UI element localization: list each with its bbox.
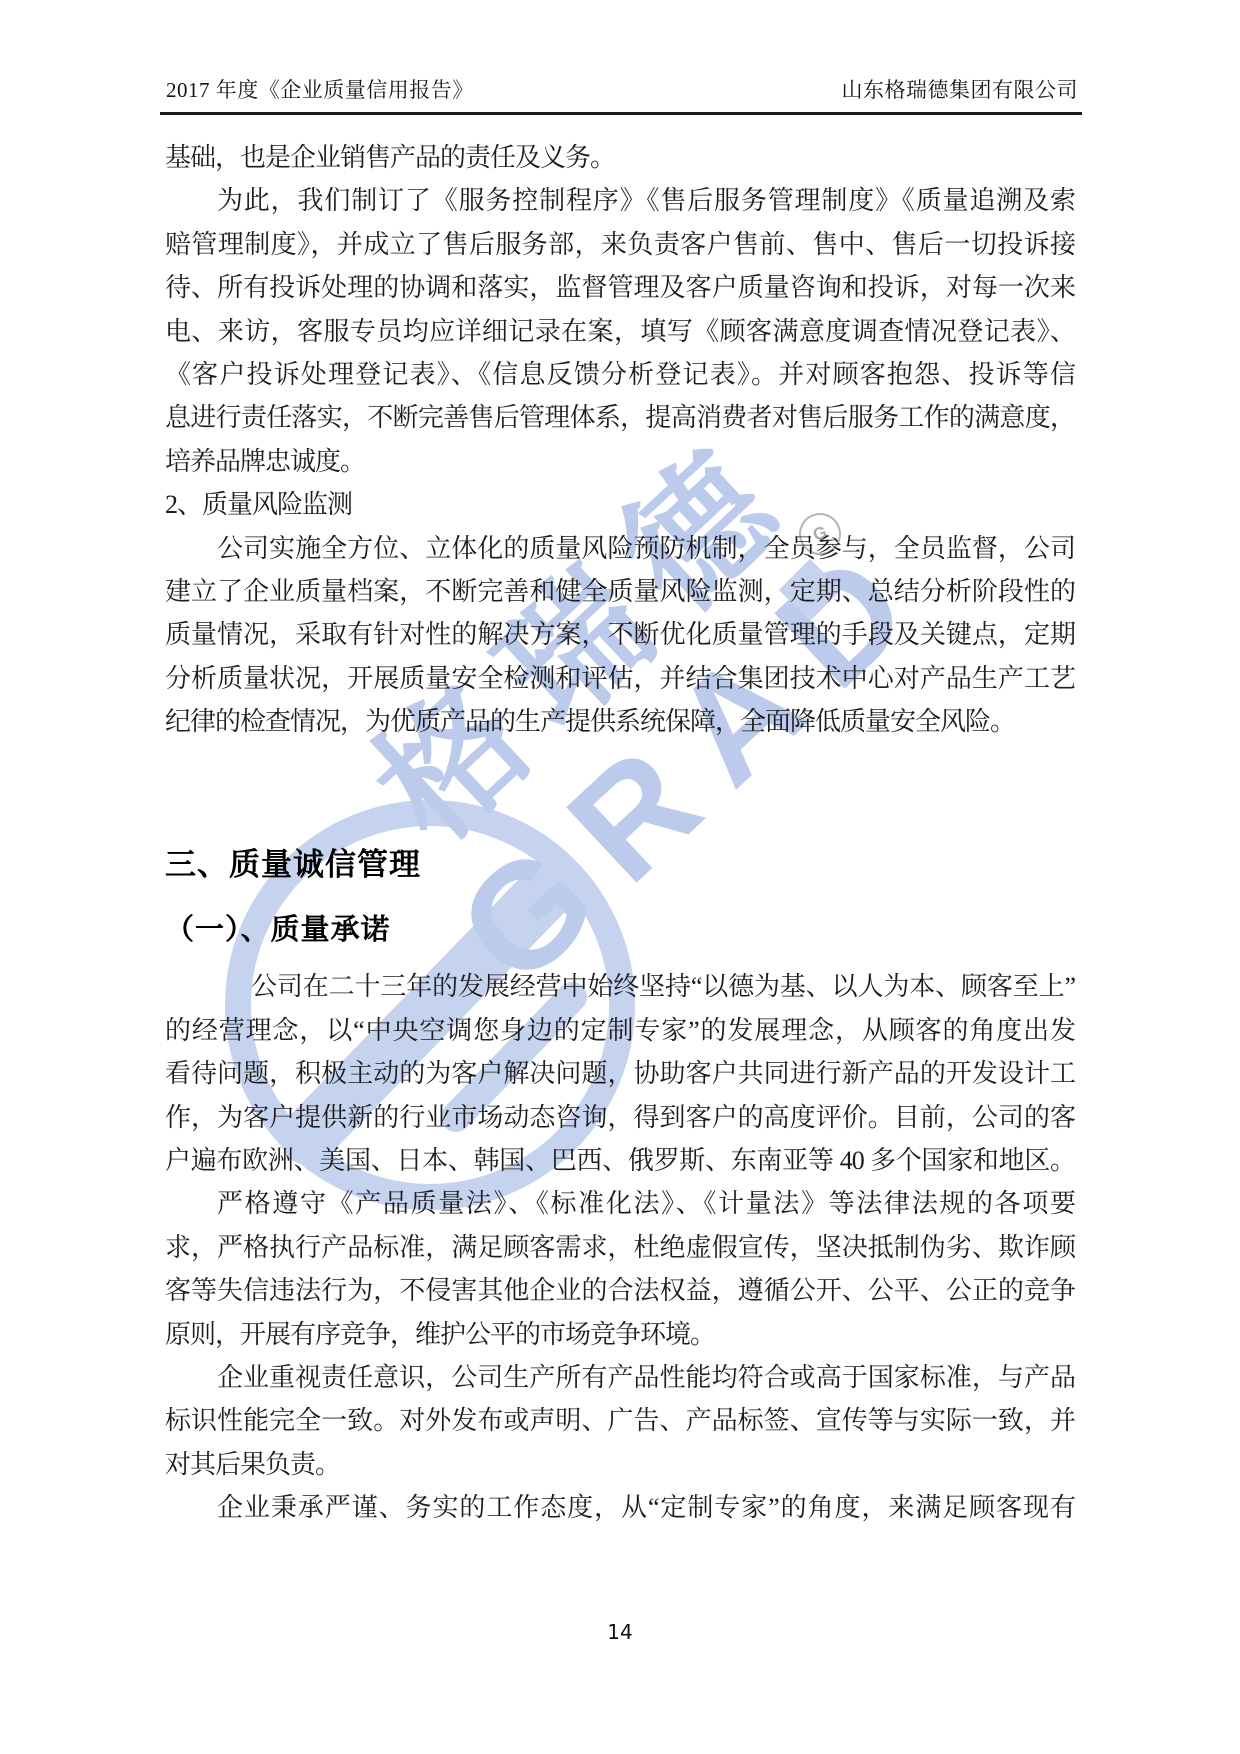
header-divider	[160, 112, 1082, 115]
list-item-heading: 2、质量风险监测	[165, 483, 1075, 526]
text-line: 客等失信违法行为，不侵害其他企业的合法权益，遵循公开、公平、公正的竞争	[165, 1269, 1075, 1312]
text-line: 作，为客户提供新的行业市场动态咨询，得到客户的高度评价。目前，公司的客	[165, 1096, 1075, 1139]
text-line: 基础，也是企业销售产品的责任及义务。	[165, 136, 1075, 179]
text-line: 标识性能完全一致。对外发布或声明、广告、产品标签、宣传等与实际一致，并	[165, 1399, 1075, 1442]
text-line: 公司在二十三年的发展经营中始终坚持“以德为基、以人为本、顾客至上”	[165, 965, 1075, 1008]
text-line: 对其后果负责。	[165, 1443, 1075, 1486]
document-page: 格瑞德 GRAD G 2017 年度《企业质量信用报告》 山东格瑞德集团有限公司…	[0, 0, 1240, 1754]
text-line: 户遍布欧洲、美国、日本、韩国、巴西、俄罗斯、东南亚等 40 多个国家和地区。	[165, 1139, 1075, 1182]
text-line: 息进行责任落实，不断完善售后管理体系，提高消费者对售后服务工作的满意度，	[165, 396, 1075, 439]
text-line: 公司实施全方位、立体化的质量风险预防机制，全员参与，全员监督，公司	[165, 527, 1075, 570]
text-line: 赔管理制度》，并成立了售后服务部，来负责客户售前、售中、售后一切投诉接	[165, 223, 1075, 266]
page-number: 14	[0, 1620, 1240, 1644]
text-line: 质量情况，采取有针对性的解决方案，不断优化质量管理的手段及关键点，定期	[165, 613, 1075, 656]
report-title: 2017 年度《企业质量信用报告》	[166, 74, 474, 104]
text-line: 纪律的检查情况，为优质产品的生产提供系统保障，全面降低质量安全风险。	[165, 700, 1075, 743]
text-line: 企业秉承严谨、务实的工作态度，从“定制专家”的角度，来满足顾客现有	[165, 1486, 1075, 1529]
page-header: 2017 年度《企业质量信用报告》 山东格瑞德集团有限公司	[166, 74, 1078, 104]
text-line: 求，严格执行产品标准，满足顾客需求，杜绝虚假宣传，坚决抵制伪劣、欺诈顾	[165, 1226, 1075, 1269]
text-line: 严格遵守《产品质量法》、《标准化法》、《计量法》等法律法规的各项要	[165, 1182, 1075, 1225]
text-line: 的经营理念，以“中央空调您身边的定制专家”的发展理念，从顾客的角度出发	[165, 1009, 1075, 1052]
document-body: 基础，也是企业销售产品的责任及义务。 为此，我们制订了《服务控制程序》《售后服务…	[165, 136, 1075, 1530]
text-line: 《客户投诉处理登记表》、《信息反馈分析登记表》。并对顾客抱怨、投诉等信	[165, 353, 1075, 396]
text-line: 企业重视责任意识，公司生产所有产品性能均符合或高于国家标准，与产品	[165, 1356, 1075, 1399]
section-heading: 三、质量诚信管理	[165, 841, 1075, 889]
text-line: 电、来访，客服专员均应详细记录在案，填写《顾客满意度调查情况登记表》、	[165, 310, 1075, 353]
company-name: 山东格瑞德集团有限公司	[842, 74, 1079, 104]
text-line: 分析质量状况，开展质量安全检测和评估，并结合集团技术中心对产品生产工艺	[165, 657, 1075, 700]
text-line: 待、所有投诉处理的协调和落实，监督管理及客户质量咨询和投诉，对每一次来	[165, 266, 1075, 309]
text-line: 建立了企业质量档案，不断完善和健全质量风险监测，定期、总结分析阶段性的	[165, 570, 1075, 613]
text-line: 培养品牌忠诚度。	[165, 440, 1075, 483]
text-line: 原则，开展有序竞争，维护公平的市场竞争环境。	[165, 1313, 1075, 1356]
text-line: 为此，我们制订了《服务控制程序》《售后服务管理制度》《质量追溯及索	[165, 179, 1075, 222]
subsection-heading: （一）、质量承诺	[165, 907, 1075, 953]
text-line: 看待问题，积极主动的为客户解决问题，协助客户共同进行新产品的开发设计工	[165, 1052, 1075, 1095]
